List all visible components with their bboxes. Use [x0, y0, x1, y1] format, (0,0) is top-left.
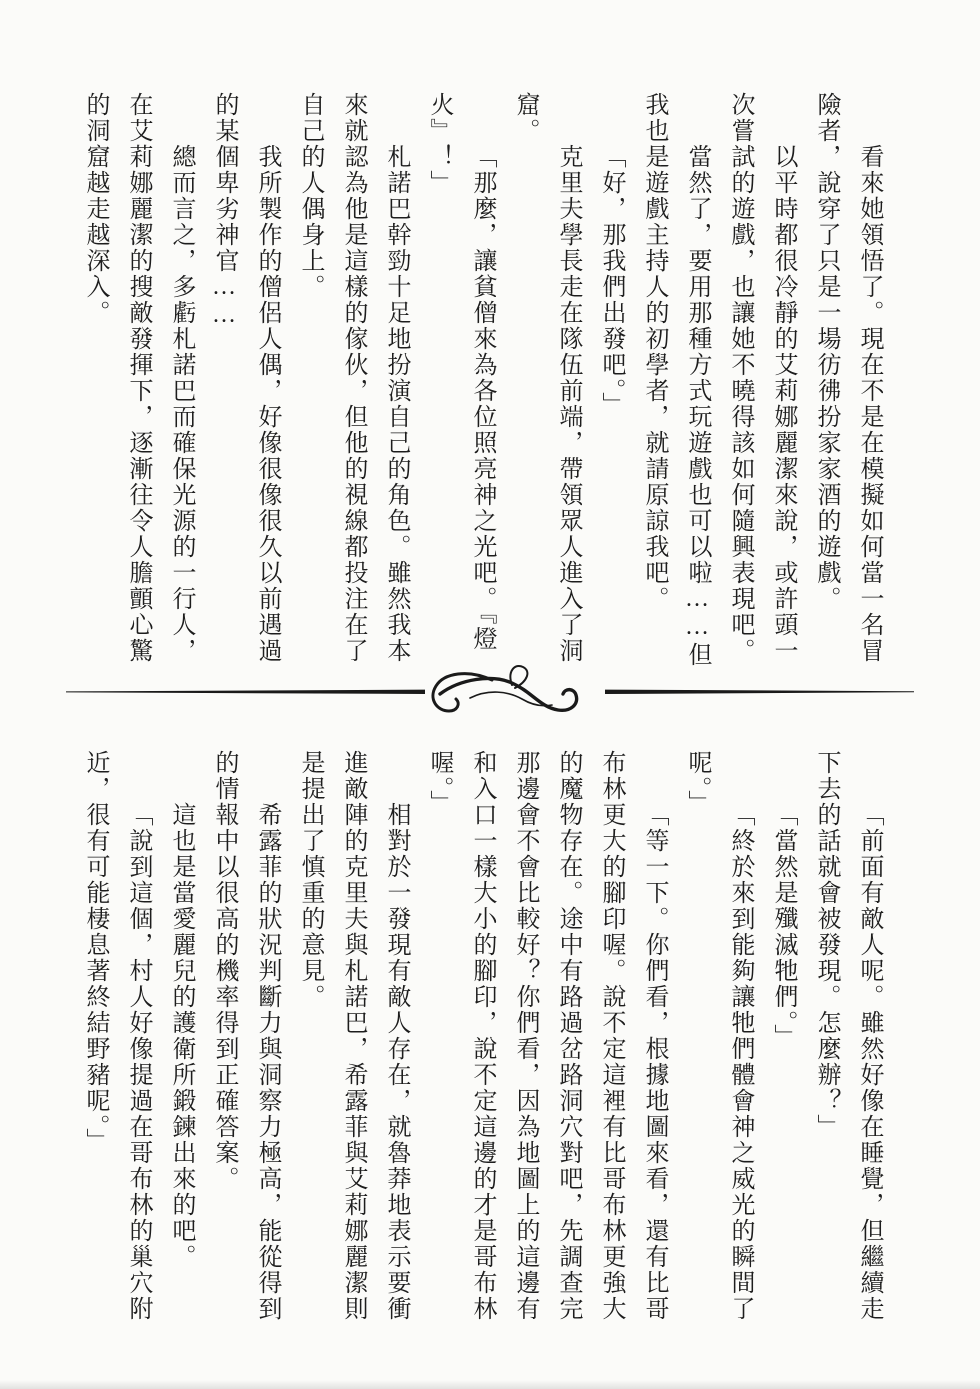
- text-column: 在艾莉娜麗潔的搜敵發揮下，逐漸往令人膽顫心驚: [116, 92, 159, 672]
- text-column: 火』！」: [417, 92, 460, 672]
- book-page: 看來她領悟了。現在不是在模擬如何當一名冒險者，說穿了只是一場彷彿扮家家酒的遊戲。…: [0, 0, 980, 1389]
- top-text-block: 看來她領悟了。現在不是在模擬如何當一名冒險者，說穿了只是一場彷彿扮家家酒的遊戲。…: [70, 92, 890, 672]
- text-column: 自己的人偶身上。: [288, 92, 331, 672]
- text-column: 相對於一發現有敵人存在，就魯莽地表示要衝: [374, 750, 417, 1330]
- text-column: 「好，那我們出發吧。」: [589, 92, 632, 672]
- text-column: 的魔物存在。途中有路過岔路洞穴對吧，先調查完: [546, 750, 589, 1330]
- text-column: 當然了，要用那種方式玩遊戲也可以啦……但: [675, 92, 718, 672]
- divider-left-rule: [66, 690, 425, 694]
- text-column: 近，很有可能棲息著終結野豬呢。」: [73, 750, 116, 1330]
- text-column: 的洞窟越走越深入。: [73, 92, 116, 672]
- text-column: 來就認為他是這樣的傢伙，但他的視線都投注在了: [331, 92, 374, 672]
- text-column: 的某個卑劣神官……: [202, 92, 245, 672]
- text-column: 下去的話就會被發現。怎麼辦？」: [804, 750, 847, 1330]
- text-column: 看來她領悟了。現在不是在模擬如何當一名冒: [847, 92, 890, 672]
- flourish-ornament-icon: [60, 662, 920, 722]
- text-column: 是提出了慎重的意見。: [288, 750, 331, 1330]
- text-column: 的情報中以很高的機率得到正確答案。: [202, 750, 245, 1330]
- text-column: 希露菲的狀況判斷力與洞察力極高，能從得到: [245, 750, 288, 1330]
- divider-right-rule: [605, 690, 914, 694]
- text-column: 喔。」: [417, 750, 460, 1330]
- page-bottom-edge-shadow: [0, 1380, 980, 1389]
- text-column: 險者，說穿了只是一場彷彿扮家家酒的遊戲。: [804, 92, 847, 672]
- text-column: 「那麼，讓貧僧來為各位照亮神之光吧。『燈: [460, 92, 503, 672]
- text-column: 我所製作的僧侶人偶，好像很像很久以前遇過: [245, 92, 288, 672]
- text-column: 札諾巴幹勁十足地扮演自己的角色。雖然我本: [374, 92, 417, 672]
- section-divider: [60, 662, 920, 722]
- text-column: 「終於來到能夠讓牠們體會神之威光的瞬間了: [718, 750, 761, 1330]
- text-column: 和入口一樣大小的腳印，說不定這邊的才是哥布林: [460, 750, 503, 1330]
- text-column: 克里夫學長走在隊伍前端，帶領眾人進入了洞: [546, 92, 589, 672]
- text-column: 呢。」: [675, 750, 718, 1330]
- bottom-text-block: 「前面有敵人呢。雖然好像在睡覺，但繼續走下去的話就會被發現。怎麼辦？」「當然是殲…: [70, 750, 890, 1330]
- text-column: 進敵陣的克里夫與札諾巴，希露菲與艾莉娜麗潔則: [331, 750, 374, 1330]
- text-column: 窟。: [503, 92, 546, 672]
- text-column: 這也是當愛麗兒的護衛所鍛鍊出來的吧。: [159, 750, 202, 1330]
- divider-flourish-curls: [433, 666, 577, 711]
- text-column: 次嘗試的遊戲，也讓她不曉得該如何隨興表現吧。: [718, 92, 761, 672]
- text-column: 「說到這個，村人好像提過在哥布林的巢穴附: [116, 750, 159, 1330]
- text-column: 那邊會不會比較好？你們看，因為地圖上的這邊有: [503, 750, 546, 1330]
- text-column: 「前面有敵人呢。雖然好像在睡覺，但繼續走: [847, 750, 890, 1330]
- text-column: 「等一下。你們看，根據地圖來看，還有比哥: [632, 750, 675, 1330]
- text-column: 總而言之，多虧札諾巴而確保光源的一行人，: [159, 92, 202, 672]
- text-column: 「當然是殲滅牠們。」: [761, 750, 804, 1330]
- text-column: 我也是遊戲主持人的初學者，就請原諒我吧。: [632, 92, 675, 672]
- text-column: 布林更大的腳印喔。說不定這裡有比哥布林更強大: [589, 750, 632, 1330]
- text-column: 以平時都很冷靜的艾莉娜麗潔來說，或許頭一: [761, 92, 804, 672]
